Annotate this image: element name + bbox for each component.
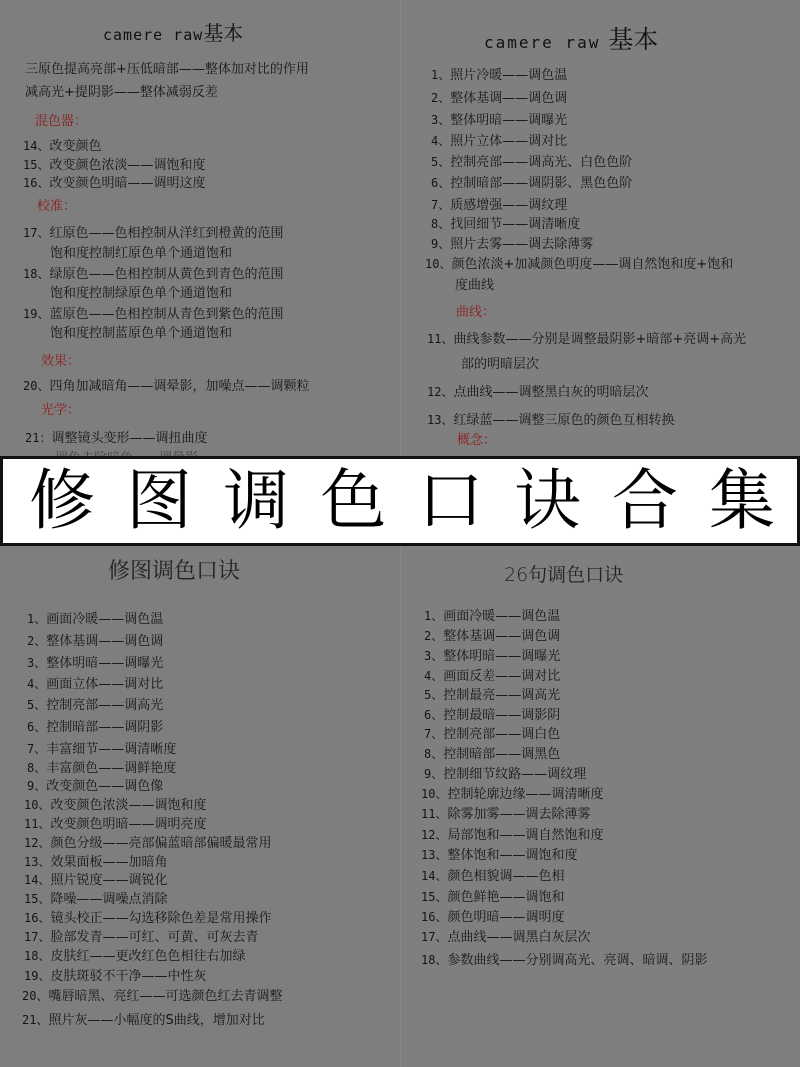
list-item: 21：调整镜头变形——调扭曲度 <box>25 430 207 447</box>
list-item: 16、改变颜色明暗——调明这度 <box>23 175 205 192</box>
list-item: 2、整体基调——调色调 <box>424 628 560 645</box>
intro-line: 减高光+提阴影——整体减弱反差 <box>25 85 218 101</box>
list-item: 19、皮肤斑驳不干净——中性灰 <box>24 968 206 985</box>
panel-26-color-tips: 26句调色口诀 1、画面冷暖——调色温 2、整体基调——调色调 3、整体明暗——… <box>400 546 800 1067</box>
list-item: 1、画面冷暖——调色温 <box>424 608 560 625</box>
banner-char: 合 <box>612 466 678 536</box>
list-item: 8、控制暗部——调黑色 <box>424 746 560 763</box>
list-item: 4、画面反差——调对比 <box>424 668 560 685</box>
list-item: 11、除雾加雾——调去除薄雾 <box>421 806 590 823</box>
list-item-continuation: 饱和度控制绿原色单个通道饱和 <box>50 286 232 302</box>
list-item: 1、画面冷暖——调色温 <box>27 611 163 628</box>
banner-char: 口 <box>418 466 484 536</box>
banner-char: 调 <box>223 466 289 536</box>
list-item: 3、整体明暗——调曝光 <box>431 112 567 129</box>
list-item-continuation: 饱和度控制蓝原色单个通道饱和 <box>50 326 232 342</box>
list-item-continuation: 部的明暗层次 <box>461 357 539 373</box>
list-item: 18、皮肤红——更改红色色相往右加绿 <box>24 948 245 965</box>
title-cjk: 基本 <box>203 21 243 45</box>
list-item: 10、颜色浓淡+加减颜色明度——调自然饱和度+饱和 <box>425 256 733 273</box>
list-item-continuation: 度曲线 <box>455 278 494 294</box>
panel-title: camere raw 基本 <box>484 20 658 56</box>
list-item: 18、绿原色——色相控制从黄色到青色的范围 <box>23 266 283 283</box>
list-item: 10、改变颜色浓淡——调饱和度 <box>24 797 206 814</box>
list-item: 16、镜头校正——勾选移除色差是常用操作 <box>24 910 271 927</box>
list-item: 15、改变颜色浓淡——调饱和度 <box>23 157 205 174</box>
list-item: 17、点曲线——调黑白灰层次 <box>421 929 590 946</box>
section-label-calibration: 校准： <box>37 199 76 215</box>
banner-char: 集 <box>709 466 775 536</box>
list-item: 9、控制细节纹路——调纹理 <box>424 766 586 783</box>
list-item: 16、颜色明暗——调明度 <box>421 909 564 926</box>
list-item: 10、控制轮廓边缘——调清晰度 <box>421 786 603 803</box>
list-item: 1、照片冷暖——调色温 <box>431 67 567 84</box>
section-label-concept: 概念： <box>457 433 496 449</box>
panel-title: 26句调色口诀 <box>504 560 623 587</box>
list-item: 11、改变颜色明暗——调明亮度 <box>24 816 206 833</box>
banner-title: 修 图 调 色 口 诀 合 集 <box>0 456 800 546</box>
list-item: 13、红绿蓝——调整三原色的颜色互相转换 <box>427 412 674 429</box>
list-item: 11、曲线参数——分别是调整最阴影+暗部+亮调+高光 <box>427 331 746 348</box>
list-item: 4、画面立体——调对比 <box>27 676 163 693</box>
section-label-optics: 光学： <box>41 403 80 419</box>
list-item: 6、控制最暗——调影阴 <box>424 707 560 724</box>
panel-retouch-tips: 修图调色口诀 1、画面冷暖——调色温 2、整体基调——调色调 3、整体明暗——调… <box>0 546 400 1067</box>
banner-char: 修 <box>29 466 95 536</box>
list-item: 20、嘴唇暗黑、亮红——可选颜色红去青调整 <box>22 988 282 1005</box>
list-item: 3、整体明暗——调曝光 <box>27 655 163 672</box>
banner-char: 色 <box>320 466 386 536</box>
list-item: 2、整体基调——调色调 <box>27 633 163 650</box>
list-item: 3、整体明暗——调曝光 <box>424 648 560 665</box>
list-item: 7、控制亮部——调白色 <box>424 726 560 743</box>
list-item-continuation: 饱和度控制红原色单个通道饱和 <box>50 246 232 262</box>
list-item: 20、四角加减暗角——调晕影，加噪点——调颗粒 <box>23 378 309 395</box>
list-item: 12、点曲线——调整黑白灰的明暗层次 <box>427 384 648 401</box>
list-item: 17、脸部发青——可红、可黄、可灰去青 <box>24 929 258 946</box>
list-item: 6、控制暗部——调阴影 <box>27 719 163 736</box>
list-item: 8、找回细节——调清晰度 <box>431 216 580 233</box>
list-item: 7、丰富细节——调清晰度 <box>27 741 176 758</box>
list-item: 5、控制亮部——调高光 <box>27 697 163 714</box>
list-item: 4、照片立体——调对比 <box>431 133 567 150</box>
list-item: 15、降噪——调噪点消除 <box>24 891 167 908</box>
section-label-curves: 曲线： <box>456 305 495 321</box>
section-label-mixer: 混色器： <box>35 114 87 130</box>
banner-char: 图 <box>126 466 192 536</box>
panel-title: 修图调色口诀 <box>108 554 240 585</box>
list-item: 2、整体基调——调色调 <box>431 90 567 107</box>
list-item: 5、控制亮部——调高光、白色色阶 <box>431 154 632 171</box>
panel-title: camere raw基本 <box>103 17 243 46</box>
list-item: 12、局部饱和——调自然饱和度 <box>421 827 603 844</box>
title-cjk: 基本 <box>608 25 658 54</box>
list-item: 6、控制暗部——调阴影、黑色色阶 <box>431 175 632 192</box>
list-item: 19、蓝原色——色相控制从青色到紫色的范围 <box>23 306 283 323</box>
section-label-effects: 效果： <box>41 354 80 370</box>
list-item: 7、质感增强——调纹理 <box>431 197 567 214</box>
list-item: 8、丰富颜色——调鲜艳度 <box>27 760 176 777</box>
list-item: 17、红原色——色相控制从洋红到橙黄的范围 <box>23 225 283 242</box>
list-item: 21、照片灰——小幅度的S曲线，增加对比 <box>22 1012 265 1029</box>
list-item: 13、整体饱和——调饱和度 <box>421 847 577 864</box>
list-item: 13、效果面板——加暗角 <box>24 854 167 871</box>
intro-line: 三原色提高亮部+压低暗部——整体加对比的作用 <box>25 62 309 78</box>
list-item: 12、颜色分级——亮部偏蓝暗部偏暖最常用 <box>24 835 271 852</box>
list-item: 9、照片去雾——调去除薄雾 <box>431 236 593 253</box>
list-item: 15、颜色鲜艳——调饱和 <box>421 889 564 906</box>
panel-camera-raw-advanced: camere raw基本 三原色提高亮部+压低暗部——整体加对比的作用 减高光+… <box>0 0 400 456</box>
list-item: 9、改变颜色——调色像 <box>27 778 163 795</box>
list-item: 18、参数曲线——分别调高光、亮调、暗调、阴影 <box>421 952 707 969</box>
list-item: 14、照片锐度——调锐化 <box>24 872 167 889</box>
panel-camera-raw-basic: camere raw 基本 1、照片冷暖——调色温 2、整体基调——调色调 3、… <box>400 0 800 456</box>
banner-char: 诀 <box>515 466 581 536</box>
list-item: 14、颜色相貌调——色相 <box>421 868 564 885</box>
list-item: 14、改变颜色 <box>23 138 101 155</box>
title-latin: camere raw <box>103 26 203 44</box>
list-item: 5、控制最亮——调高光 <box>424 687 560 704</box>
title-latin: camere raw <box>484 33 600 52</box>
